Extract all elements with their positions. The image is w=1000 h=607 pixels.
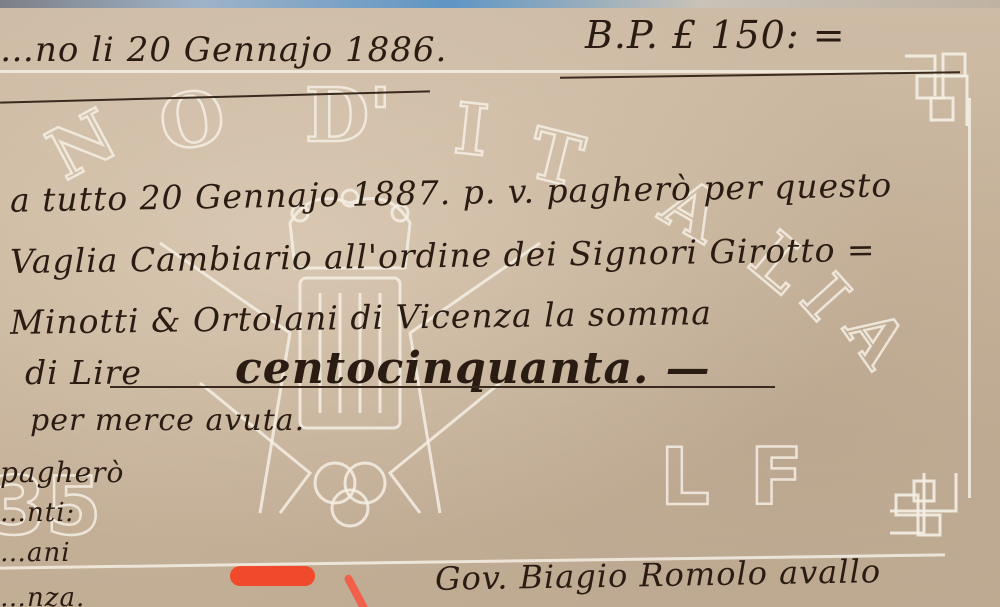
watermark-letter-d: D' — [305, 73, 392, 159]
body-line-5: per merce avuta. — [30, 403, 305, 438]
watermark-frame-right — [968, 98, 971, 498]
amount-words-rule — [110, 386, 775, 388]
margin-fragment-2: …nti: — [0, 498, 75, 528]
red-arrow-mark-1 — [230, 566, 315, 586]
place-date-line: …no li 20 Gennajo 1886. — [0, 30, 447, 70]
watermark-initials: LF — [660, 433, 843, 523]
watermark-corner-knot-top — [905, 46, 975, 126]
margin-fragment-3: …ani — [0, 538, 71, 568]
red-arrow-mark-2 — [343, 573, 369, 607]
amount-box: B.P. £ 150: = — [585, 13, 846, 57]
promissory-note-paper: N O D' I T A L I A LF 35 — [0, 8, 1000, 607]
margin-fragment-1: pagherò — [0, 456, 124, 489]
signature: Gov. Biagio Romolo avallo — [435, 552, 882, 598]
watermark-corner-knot-bottom — [890, 473, 960, 543]
watermark-letter-o: O — [153, 73, 231, 169]
body-line-3: Minotti & Ortolani di Vicenza la somma — [10, 293, 712, 342]
margin-fragment-4: …nza. — [0, 583, 85, 607]
watermark-letter-a2: A — [829, 294, 922, 381]
body-line-1: a tutto 20 Gennajo 1887. p. v. pagherò p… — [10, 165, 893, 219]
watermark-letter-i: I — [451, 87, 492, 173]
